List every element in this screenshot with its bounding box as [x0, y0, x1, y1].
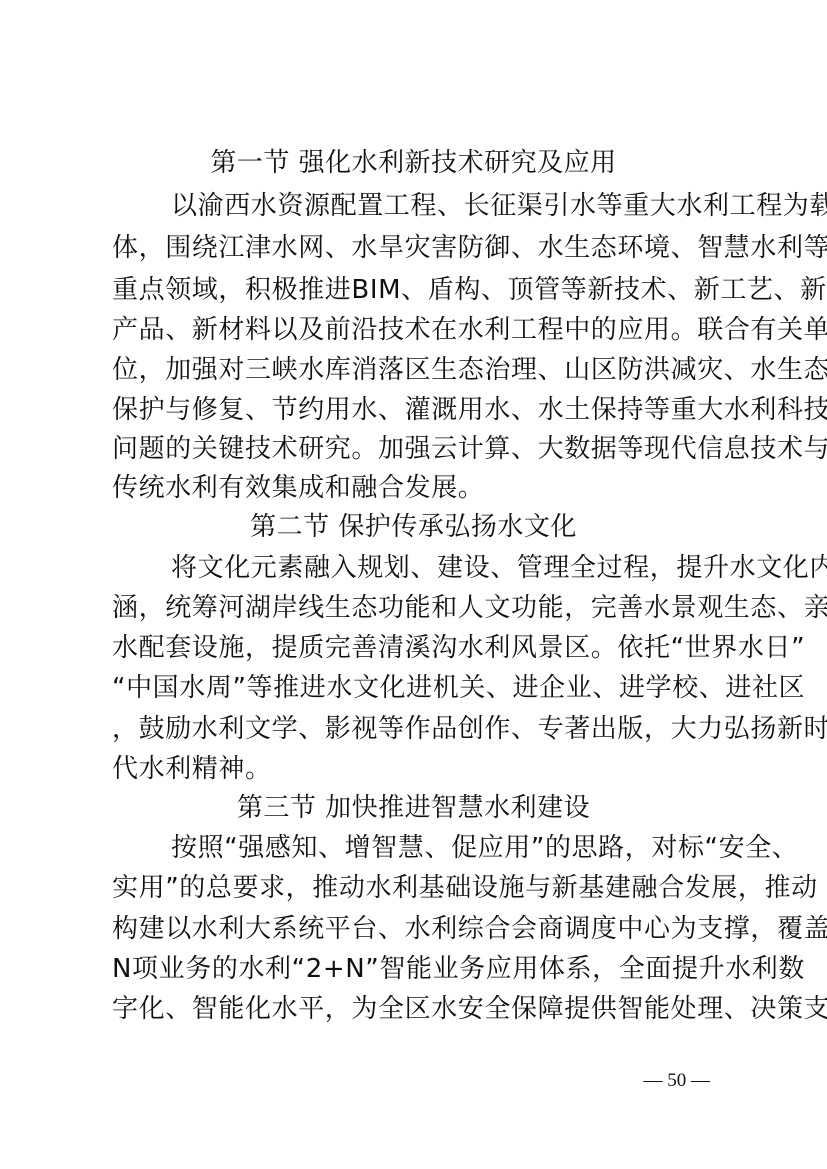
section-heading-3: 第三节 加快推进智慧水利建设 [0, 790, 827, 826]
paragraph-line: 涵，统筹河湖岸线生态功能和人文功能，完善水景观生态、亲 [112, 590, 706, 626]
paragraph-line: “中国水周”等推进水文化进机关、进企业、进学校、进社区 [112, 670, 706, 706]
page-number: — 50 — [600, 1068, 710, 1094]
paragraph-line: 字化、智能化水平，为全区水安全保障提供智能处理、决策支 [112, 991, 706, 1027]
paragraph-line: 以渝西水资源配置工程、长征渠引水等重大水利工程为载 [171, 188, 706, 224]
paragraph-line: 保护与修复、节约用水、灌溉用水、水土保持等重大水利科技 [112, 392, 706, 428]
paragraph-line: 实用”的总要求，推动水利基础设施与新基建融合发展，推动 [112, 870, 706, 906]
paragraph-line: 将文化元素融入规划、建设、管理全过程，提升水文化内 [171, 550, 706, 586]
paragraph-line: 构建以水利大系统平台、水利综合会商调度中心为支撑，覆盖 [112, 911, 706, 947]
paragraph-line: ，鼓励水利文学、影视等作品创作、专著出版，大力弘扬新时 [112, 711, 706, 747]
paragraph-line: 问题的关键技术研究。加强云计算、大数据等现代信息技术与 [112, 431, 706, 467]
paragraph-line: N项业务的水利“2+N”智能业务应用体系，全面提升水利数 [112, 951, 706, 987]
section-heading-1: 第一节 强化水利新技术研究及应用 [0, 145, 827, 181]
paragraph-line: 传统水利有效集成和融合发展。 [112, 470, 706, 506]
paragraph-line: 重点领域，积极推进BIM、盾构、顶管等新技术、新工艺、新 [112, 272, 706, 308]
paragraph-line: 代水利精神。 [112, 751, 706, 787]
paragraph-line: 水配套设施，提质完善清溪沟水利风景区。依托“世界水日” [112, 630, 706, 666]
paragraph-line: 体，围绕江津水网、水旱灾害防御、水生态环境、智慧水利等 [112, 230, 706, 266]
paragraph-line: 按照“强感知、增智慧、促应用”的思路，对标“安全、 [171, 830, 706, 866]
section-heading-2: 第二节 保护传承弘扬水文化 [0, 509, 827, 545]
paragraph-line: 产品、新材料以及前沿技术在水利工程中的应用。联合有关单 [112, 312, 706, 348]
paragraph-line: 位，加强对三峡水库消落区生态治理、山区防洪减灾、水生态 [112, 352, 706, 388]
